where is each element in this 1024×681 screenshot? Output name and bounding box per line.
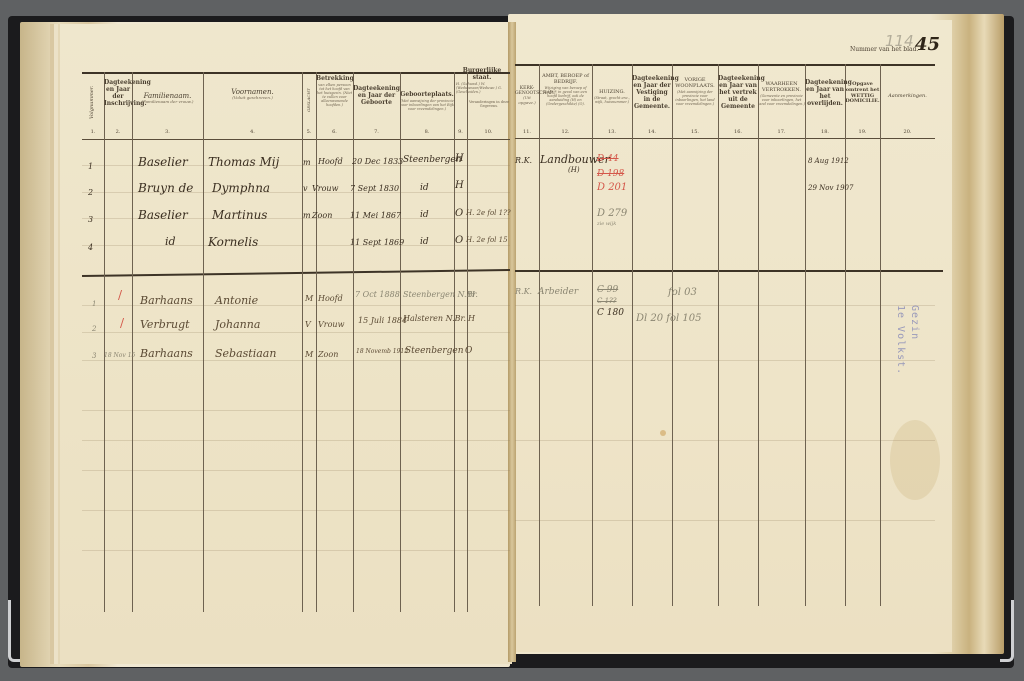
entry-geslacht: V	[305, 320, 311, 329]
entry-huizing-pencil: D 279	[597, 208, 627, 219]
column-rule	[104, 72, 105, 612]
entry-voornamen: Sebastiaan	[215, 347, 276, 360]
entry-huizing-old: C 1??	[597, 297, 617, 305]
header-col-5: GESLACHT 5.	[302, 72, 316, 138]
entry-betrekking: Vrouw	[318, 320, 344, 329]
entry-voornamen: Dymphna	[212, 181, 270, 195]
header-col-14: Dagteekening en Jaar der Vestiging in de…	[632, 68, 672, 138]
header-col-20: Aanmerkingen. 20.	[880, 68, 935, 138]
entry-betrekking: Vrouw	[312, 184, 338, 193]
entry-geboorte: 11 Mei 1867	[350, 211, 401, 220]
entry-geboorteplaats: Halsteren N.Br.	[403, 314, 466, 323]
entry-geboorteplaats: Steenbergen	[405, 346, 464, 356]
entry-voornamen: Kornelis	[208, 235, 258, 249]
header-col-1: Volgnummer. 1.	[82, 76, 104, 138]
household-separator-right	[515, 270, 943, 272]
entry-geboorteplaats: id	[420, 183, 429, 193]
entry-geboorteplaats: id	[420, 210, 429, 220]
ruled-line	[515, 520, 935, 521]
entry-geboorteplaats: Steenbergen	[403, 155, 462, 165]
entry-beroep-marker: (H)	[568, 166, 580, 174]
entry-burgerlijke-staat: H	[468, 290, 475, 299]
entry-burgerlijke-staat: H	[468, 314, 475, 323]
header-bottom-rule-right	[515, 138, 935, 139]
entry-volgnr: 2	[88, 188, 93, 197]
entry-betrekking: Zoon	[318, 350, 338, 359]
entry-dag-inschrijving: 18 Nov 15	[104, 352, 135, 359]
column-rule	[132, 72, 133, 612]
entry-volgnr: 1	[92, 300, 96, 308]
gezin-volkstelling-stamp: Gezin 1e Volkst.	[893, 305, 921, 375]
header-col-13: HUIZING. (Straat, gracht enz., wijk, hui…	[592, 68, 632, 138]
header-col-3: Familienaam. (Familienaam der vrouw.) 3.	[132, 76, 203, 138]
entry-familienaam: Bruyn de	[138, 181, 193, 195]
ruled-line	[82, 410, 510, 411]
entry-geslacht: m	[303, 158, 311, 167]
entry-geboorte: 7 Oct 1888	[355, 290, 400, 299]
entry-burgerlijke-staat: H	[455, 153, 464, 164]
entry-dag-inschrijving: /	[118, 288, 122, 302]
entry-huizing-old: D 198	[597, 169, 624, 179]
entry-volgnr: 3	[88, 215, 93, 224]
entry-volgnr: 1	[88, 162, 93, 171]
column-rule	[353, 72, 354, 612]
header-col-19: Opgave omtrent het WETTIG DOMICILIE. 19.	[845, 68, 880, 138]
entry-betrekking: Zoon	[312, 211, 332, 220]
entry-geboorte: 7 Sept 1830	[350, 184, 399, 193]
entry-burgerlijke-staat: H	[455, 180, 464, 191]
entry-familienaam: Barhaans	[140, 347, 193, 360]
entry-kerk: R.K.	[515, 156, 532, 165]
entry-geslacht: m	[303, 211, 311, 220]
entry-voornamen: Antonie	[215, 294, 258, 307]
entry-voornamen: Thomas Mij	[208, 155, 279, 169]
ruled-line	[82, 470, 510, 471]
entry-huizing-note: zie wijk	[597, 221, 616, 227]
header-col-11: KERK-GENOOTSCHAP. (Uit opgave.) 11.	[515, 68, 539, 138]
column-rule	[672, 64, 673, 606]
header-col-12: AMBT, BEROEP of BEDRIJF. Wijziging van b…	[539, 68, 592, 138]
entry-kerk: R.K.	[515, 287, 532, 296]
header-col-2: Dagteekening en Jaar der Inschrijving. 2…	[104, 76, 132, 138]
entry-voornamen: Johanna	[215, 318, 260, 331]
entry-geslacht: v	[303, 184, 308, 193]
header-col-15: VORIGE WOONPLAATS. (Met aanwijzing der p…	[672, 68, 718, 138]
header-col-7: Dagteekening en Jaar der Geboorte 7.	[353, 72, 400, 138]
entry-volgnr: 4	[88, 243, 93, 252]
entry-burgerlijke-staat: O	[455, 235, 463, 246]
entry-geboorte: 15 Juli 1884	[358, 316, 407, 325]
ruled-line	[515, 440, 935, 441]
column-rule	[845, 64, 846, 606]
entry-voornamen: Martinus	[212, 208, 267, 222]
column-rule	[758, 64, 759, 606]
entry-huizing: D 201	[597, 182, 627, 193]
entry-geboorte: 11 Sept 1869	[350, 238, 404, 247]
header-col-17: WAARHEEN VERTROKKEN. (Gemeente en provin…	[758, 68, 805, 138]
ruled-line	[82, 245, 510, 246]
ruled-line	[82, 360, 510, 361]
entry-betrekking: Hoofd	[318, 157, 343, 166]
entry-geslacht: M	[305, 294, 313, 303]
entry-overlijden: 29 Nov 1907	[808, 184, 853, 192]
entry-huizing: C 180	[597, 308, 624, 318]
entry-burgerlijke-staat: O	[465, 346, 472, 356]
column-rule	[805, 64, 806, 606]
page-number-ink: 45	[915, 34, 940, 55]
entry-familienaam: Barhaans	[140, 294, 193, 307]
entry-betrekking: Hoofd	[318, 294, 343, 303]
column-rule	[400, 72, 401, 612]
header-bottom-rule-left	[82, 139, 510, 140]
header-col-6: Betrekking van elken persoon tot het hoo…	[316, 72, 353, 138]
header-col-16: Dagteekening en Jaar van het vertrek uit…	[718, 68, 758, 138]
entry-familienaam: Baselier	[138, 155, 188, 169]
header-col-4: Voornamen. (Voluit geschreven.) 4.	[203, 76, 302, 138]
header-col-18: Dagteekening en Jaar van het overlijden.…	[805, 68, 845, 138]
column-rule	[718, 64, 719, 606]
entry-vestiging-note: fol 03	[668, 287, 697, 298]
entry-geslacht: M	[305, 350, 313, 359]
column-rule	[467, 72, 468, 612]
header-col-8: Geboorteplaats. (Met aanwijzing der prov…	[400, 72, 454, 138]
paper-stain	[890, 420, 940, 500]
ruled-line	[82, 332, 510, 333]
ruled-line	[515, 305, 935, 306]
entry-vestiging-note: Dl 20 fol 105	[636, 313, 701, 324]
page-number-pencil: 114	[885, 32, 914, 50]
ruled-line	[82, 550, 510, 551]
column-rule	[316, 72, 317, 612]
entry-geboorteplaats: id	[420, 237, 429, 247]
entry-geboorte: 20 Dec 1833	[352, 157, 403, 166]
ruled-line	[82, 440, 510, 441]
entry-volgnr: 2	[92, 325, 96, 333]
column-rule	[302, 72, 303, 612]
column-rule	[539, 64, 540, 606]
entry-volgnr: 3	[92, 352, 96, 360]
paper-stain	[660, 430, 666, 436]
entry-dag-inschrijving: /	[120, 316, 124, 330]
header-top-rule-right	[515, 64, 935, 66]
entry-familienaam: Baselier	[138, 208, 188, 222]
entry-veranderingen: H. 2e fol 1??	[466, 209, 511, 217]
entry-veranderingen: H. 2e fol 15	[466, 236, 508, 244]
entry-familienaam: Verbrugt	[140, 318, 190, 331]
entry-huizing-old: C 99	[597, 285, 618, 295]
header-col-9-10: Burgerlijke staat. H. (Gehuwd.) W. (Wedu…	[454, 66, 510, 138]
column-rule	[632, 64, 633, 606]
ruled-line	[515, 360, 935, 361]
entry-geboorte: 18 Novemb 1915	[356, 348, 408, 355]
column-rule	[203, 72, 204, 612]
entry-burgerlijke-staat: O	[455, 208, 463, 219]
column-rule	[880, 64, 881, 606]
entry-overlijden: 8 Aug 1912	[808, 157, 849, 165]
entry-beroep: Arbeider	[538, 287, 578, 297]
entry-familienaam: id	[165, 235, 176, 248]
entry-huizing-old: D 44	[597, 154, 619, 164]
column-rule	[592, 64, 593, 606]
entry-geboorteplaats: Steenbergen N.Br.	[403, 290, 478, 299]
ruled-line	[82, 510, 510, 511]
